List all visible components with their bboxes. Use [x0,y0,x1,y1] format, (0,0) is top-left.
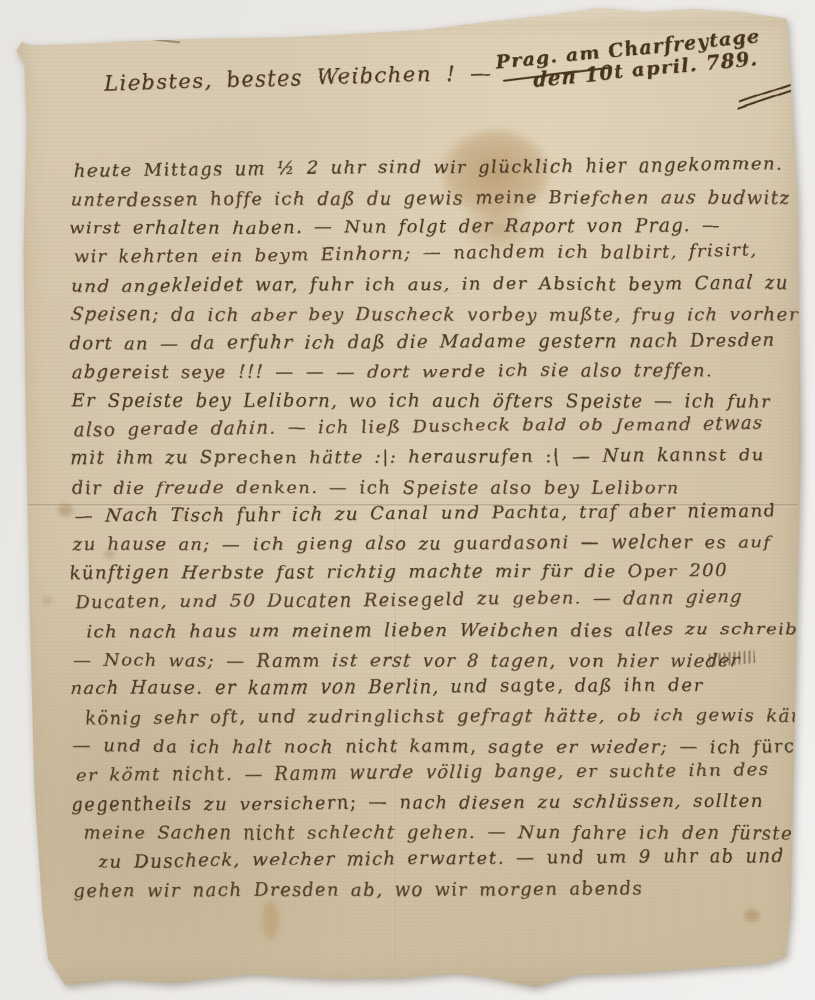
fold-crease-vertical [395,518,397,966]
letter-body-line: abgereist seye !!! — — — dort werde ich … [71,356,811,387]
letter-body-line: Ducaten, und 50 Ducaten Reisegeld zu geb… [75,583,812,618]
stain [42,596,52,605]
date-flourish [737,80,801,110]
letter-body-line: dort an — da erfuhr ich daß die Madame g… [69,326,811,359]
letter-body: heute Mittags um ½ 2 uhr sind wir glückl… [71,155,814,906]
letter-body-line: meine Sachen nicht schlecht gehen. — Nun… [83,820,813,849]
stain [442,192,554,264]
letter-body-line: nach Hause. er kamm von Berlin, und sagt… [70,672,812,705]
letter-body-line: unterdessen hoffe ich daß du gewis meine… [71,184,811,215]
letter-body-line: zu Duscheck, welcher mich erwartet. — un… [99,842,813,877]
letter-photograph: Prag. am Charfreytage den 10t april. 789… [0,0,815,1000]
stain [412,124,564,246]
letter-body-line: Er Speiste bey Leliborn, wo ich auch öft… [72,388,812,417]
letter-body-line: — und da ich halt noch nicht kamm, sagte… [73,733,813,762]
letter-paper: Prag. am Charfreytage den 10t april. 789… [14,6,804,990]
letter-body-line: — Noch was; — Ramm ist erst vor 8 tagen,… [72,647,812,676]
stain [58,504,73,516]
letter-body-line: — Nach Tisch fuhr ich zu Canal und Pacht… [75,496,812,531]
dateline-place: Prag. am Charfreytage [495,21,808,73]
letter-body-line: heute Mittags um ½ 2 uhr sind wir glückl… [74,151,811,186]
letter-body-line: er kömt nicht. — Ramm wurde völlig bange… [76,756,813,791]
letter-body-line: dir die freude denken. — ich Speiste als… [72,474,812,503]
dateline: Prag. am Charfreytage den 10t april. 789… [495,21,810,95]
correction-scribble [709,650,756,667]
letter-body-line: wirst erhalten haben. — Nun folgt der Ra… [69,211,811,244]
letter-body-line: ich nach haus um meinem lieben Weibchen … [86,615,812,646]
stain [262,900,279,940]
letter-body-line: Speisen; da ich aber bey Duscheck vorbey… [71,301,811,330]
stain [744,909,760,922]
letter-body-line: zu hause an; — ich gieng also zu guardas… [72,529,812,560]
dateline-date: den 10t april. 789. [532,42,809,91]
letter-body-line: wir kehrten ein beym Einhorn; — nachdem … [74,237,811,272]
paper-top-fold-highlight [448,3,796,27]
prag-underline-flourish [503,66,612,81]
letter-body-line: könig sehr oft, und zudringlichst gefrag… [85,702,813,733]
letter-body-line: also gerade dahin. — ich ließ Duscheck b… [75,410,812,445]
letter-body-line: gegentheils zu versichern; — nach diesen… [71,787,813,820]
letter-body-line: und angekleidet war, fuhr ich aus, in de… [71,270,811,301]
stain [178,512,187,520]
letter-body-line: künftigen Herbste fast richtig machte mi… [70,557,812,590]
salutation: Liebstes, bestes Weibchen ! — [104,61,493,95]
letter-body-line: mit ihm zu Sprechen hätte :|: herausrufe… [70,441,812,474]
edge-ink-mark [154,39,180,44]
stain [104,549,115,559]
fold-crease-horizontal [20,504,797,507]
letter-body-line: gehen wir nach Dresden ab, wo wir morgen… [73,875,813,906]
